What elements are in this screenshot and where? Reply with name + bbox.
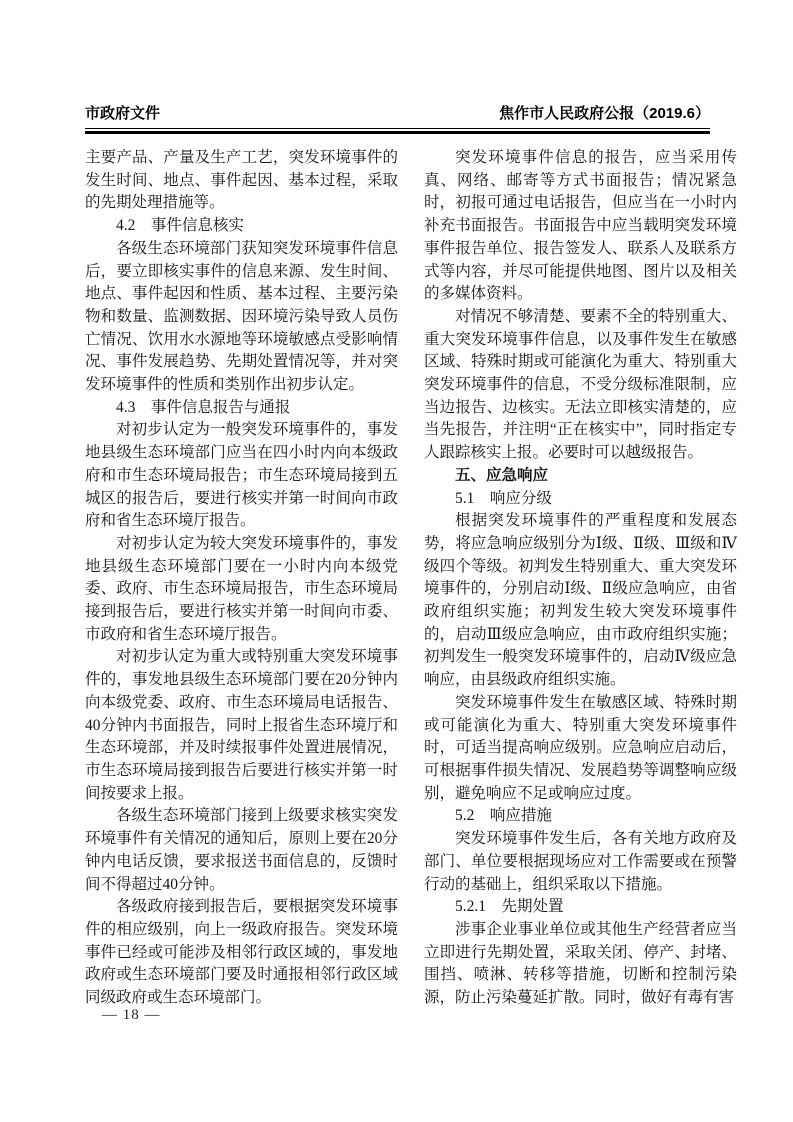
document-body: 主要产品、产量及生产工艺，突发环境事件的发生时间、地点、事件起因、基本过程，采取… bbox=[85, 147, 737, 1010]
header-rule bbox=[85, 128, 710, 134]
paragraph: 对初步认定为较大突发环境事件的，事发地县级生态环境部门要在一小时内向本级党委、政… bbox=[85, 533, 398, 647]
paragraph: 主要产品、产量及生产工艺，突发环境事件的发生时间、地点、事件起因、基本过程，采取… bbox=[85, 147, 398, 215]
paragraph: 对初步认定为重大或特别重大突发环境事件的，事发地县级生态环境部门要在20分钟内向… bbox=[85, 646, 398, 805]
document-page: 市政府文件 焦作市人民政府公报（2019.6） 主要产品、产量及生产工艺，突发环… bbox=[0, 0, 793, 1122]
section-heading: 5.1 响应分级 bbox=[424, 488, 737, 511]
header-right-title: 焦作市人民政府公报（2019.6） bbox=[499, 102, 710, 123]
paragraph: 突发环境事件发生在敏感区域、特殊时期或可能演化为重大、特别重大突发环境事件时，可… bbox=[424, 692, 737, 806]
section-heading: 5.2 响应措施 bbox=[424, 805, 737, 828]
header-left-title: 市政府文件 bbox=[85, 102, 160, 123]
header-rule-thick-line bbox=[85, 131, 710, 134]
header-rule-thin-line bbox=[85, 128, 710, 129]
paragraph: 对初步认定为一般突发环境事件的，事发地县级生态环境部门应当在四小时内向本级政府和… bbox=[85, 419, 398, 533]
paragraph: 对情况不够清楚、要素不全的特别重大、重大突发环境事件信息，以及事件发生在敏感区域… bbox=[424, 306, 737, 465]
page-number: — 18 — bbox=[102, 1007, 161, 1024]
paragraph: 根据突发环境事件的严重程度和发展态势，将应急响应级别分为Ⅰ级、Ⅱ级、Ⅲ级和Ⅳ级四… bbox=[424, 510, 737, 692]
paragraph: 涉事企业事业单位或其他生产经营者应当立即进行先期处置，采取关闭、停产、封堵、围挡… bbox=[424, 919, 737, 1010]
page-header: 市政府文件 焦作市人民政府公报（2019.6） bbox=[85, 102, 710, 123]
right-column: 突发环境事件信息的报告，应当采用传真、网络、邮寄等方式书面报告；情况紧急时，初报… bbox=[424, 147, 737, 1010]
section-heading: 五、应急响应 bbox=[424, 465, 737, 488]
paragraph: 突发环境事件发生后，各有关地方政府及部门、单位要根据现场应对工作需要或在预警行动… bbox=[424, 828, 737, 896]
section-heading: 5.2.1 先期处置 bbox=[424, 896, 737, 919]
paragraph: 突发环境事件信息的报告，应当采用传真、网络、邮寄等方式书面报告；情况紧急时，初报… bbox=[424, 147, 737, 306]
paragraph: 各级生态环境部门获知突发环境事件信息后，要立即核实事件的信息来源、发生时间、地点… bbox=[85, 238, 398, 397]
paragraph: 各级政府接到报告后，要根据突发环境事件的相应级别，向上一级政府报告。突发环境事件… bbox=[85, 896, 398, 1010]
left-column: 主要产品、产量及生产工艺，突发环境事件的发生时间、地点、事件起因、基本过程，采取… bbox=[85, 147, 398, 1010]
section-heading: 4.2 事件信息核实 bbox=[85, 215, 398, 238]
section-heading: 4.3 事件信息报告与通报 bbox=[85, 397, 398, 420]
paragraph: 各级生态环境部门接到上级要求核实突发环境事件有关情况的通知后，原则上要在20分钟… bbox=[85, 805, 398, 896]
